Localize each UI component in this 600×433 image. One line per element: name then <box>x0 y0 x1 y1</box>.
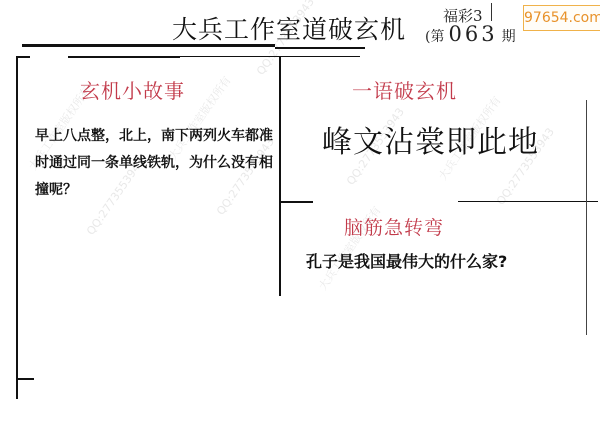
frame-top-segment <box>68 56 180 58</box>
issue-label: (第063期 <box>425 22 516 46</box>
oneword-text: 峰文沾裳即此地 <box>322 117 539 161</box>
riddle-text: 孔子是我国最伟大的什么家? <box>306 249 507 272</box>
oneword-section-title: 一语破玄机 <box>352 75 457 104</box>
riddle-section-title: 脑筋急转弯 <box>344 213 444 240</box>
frame-right-divider-right <box>458 201 598 202</box>
frame-left-line <box>16 56 18 399</box>
issue-suffix: 期 <box>502 29 516 45</box>
issue-prefix: (第 <box>425 29 444 45</box>
page-title: 大兵工作室道破玄机 <box>172 10 406 46</box>
frame-top-left-segment <box>16 56 30 58</box>
frame-right-line <box>586 100 587 335</box>
frame-right-divider-left <box>279 201 313 203</box>
story-text: 早上八点整，北上，南下两列火车都准时通过同一条单线铁轨，为什么没有相撞呢？ <box>35 123 280 204</box>
issue-number: 063 <box>448 22 497 46</box>
text-cursor <box>491 3 492 21</box>
frame-top-segment-2 <box>180 56 360 57</box>
site-watermark-badge: 97654.com <box>523 5 600 31</box>
title-underline-extension <box>275 47 365 49</box>
story-section-title: 玄机小故事 <box>80 75 185 104</box>
frame-bottom-left-foot <box>16 378 34 380</box>
title-underline <box>22 44 275 47</box>
